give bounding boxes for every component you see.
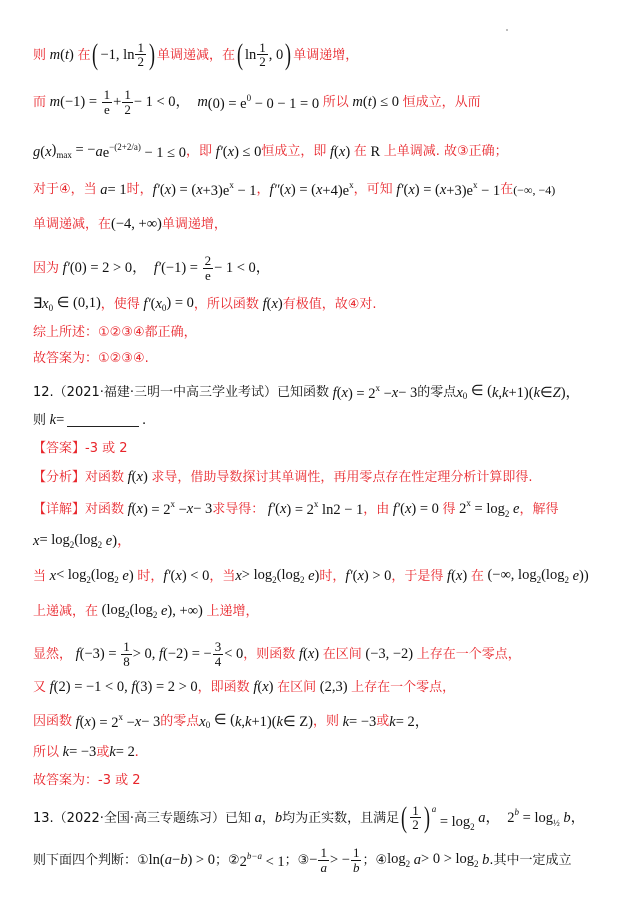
analysis-label: 【分析】对函数 bbox=[33, 471, 124, 484]
text: ；③ bbox=[285, 854, 310, 867]
text: 的零点 bbox=[160, 715, 199, 728]
answer-blank bbox=[67, 414, 139, 427]
text: ，由 bbox=[363, 503, 389, 516]
line-3: g(x)max = −ae−(2+2/a) − 1 ≤ 0 ，即 f′(x) ≤… bbox=[33, 143, 508, 161]
text: 均为正实数，且满足 bbox=[282, 812, 399, 825]
text: ，于是得 bbox=[391, 570, 443, 583]
question-12-label: 12.（2021·福建·三明一中高三学业考试）已知函数 bbox=[33, 386, 329, 399]
text: ，则函数 bbox=[243, 648, 295, 661]
text: 单调递增， bbox=[162, 218, 227, 231]
detail-8: 所以 k = −3 或 k = 2. bbox=[33, 745, 138, 760]
text: ，即 bbox=[186, 145, 212, 158]
text: R bbox=[370, 145, 380, 160]
detail-2: x = log2(log2 e)， bbox=[33, 533, 132, 550]
line-8-summary: 综上所述：①②③④都正确， bbox=[33, 326, 197, 339]
text: 或 bbox=[96, 746, 109, 759]
text: . bbox=[142, 413, 146, 428]
question-13: 13.（2022·全国·高三专题练习）已知 a ， b 均为正实数，且满足 (1… bbox=[33, 803, 585, 833]
text: 在 bbox=[500, 183, 513, 196]
text: 上单调减. 故③正确； bbox=[384, 145, 508, 158]
text: 则 bbox=[33, 414, 46, 427]
text: 则下面四个判断：① bbox=[33, 854, 149, 867]
text: 所以 bbox=[33, 746, 59, 759]
detail-label: 【详解】对函数 bbox=[33, 503, 124, 516]
text: ；④ bbox=[362, 854, 387, 867]
answer-label: 【答案】-3 或 2 bbox=[33, 442, 128, 455]
text: 所以 bbox=[323, 96, 349, 109]
text: 在 bbox=[222, 49, 235, 62]
text: 时， bbox=[319, 570, 345, 583]
text: 求导，借助导数探讨其单调性，再用零点存在性定理分析计算即得. bbox=[151, 471, 532, 484]
text: 上存在一个零点， bbox=[417, 648, 521, 661]
line-1: 则 m(t) 在 (−1, ln 12 ) 单调递减， 在 (ln 12, 0 … bbox=[33, 40, 358, 70]
text: ， bbox=[262, 812, 275, 825]
detail-3: 当 x < log2(log2 e) 时， f′(x) < 0 ，当 x > l… bbox=[33, 568, 589, 585]
text: 上递减，在 bbox=[33, 605, 98, 618]
text: 或 bbox=[376, 715, 389, 728]
text: 因为 bbox=[33, 262, 59, 275]
detail-1: 【详解】对函数 f(x) = 2x − x − 3 求导得： f′(x) = 2… bbox=[33, 499, 558, 519]
text: ，所以函数 bbox=[194, 298, 259, 311]
line-2: 而 m(−1) = 1e+ 12− 1 < 0， m(0) = e0 − 0 −… bbox=[33, 88, 481, 117]
line-5: 单调递减， 在 (−4, +∞) 单调递增， bbox=[33, 217, 227, 232]
text: 当 bbox=[33, 570, 46, 583]
line-7: ∃x0 ∈ (0,1) ，使得 f′(x0) = 0 ，所以函数 f(x) 有极… bbox=[33, 296, 377, 313]
text: 在区间 bbox=[323, 648, 362, 661]
text: 而 bbox=[33, 96, 46, 109]
text: 上存在一个零点， bbox=[351, 681, 455, 694]
text: 有极值，故④对. bbox=[283, 298, 377, 311]
detail-6: 又 f(2) = −1 < 0, f(3) = 2 > 0 ，即函数 f(x) … bbox=[33, 680, 455, 695]
text: ，使得 bbox=[101, 298, 140, 311]
text: 在 bbox=[471, 570, 484, 583]
text: ，即函数 bbox=[198, 681, 250, 694]
text: 显然， bbox=[33, 648, 72, 661]
detail-9-final-answer: 故答案为：-3 或 2 bbox=[33, 774, 141, 787]
text: 上递增， bbox=[206, 605, 258, 618]
text: 又 bbox=[33, 681, 46, 694]
text: 求导得： bbox=[212, 503, 264, 516]
text: 在 bbox=[98, 218, 111, 231]
text: ；② bbox=[215, 854, 240, 867]
text: 在 bbox=[354, 145, 367, 158]
text: 单调递增， bbox=[293, 49, 358, 62]
text: ， bbox=[257, 183, 270, 196]
text: ，解得 bbox=[519, 503, 558, 516]
text: 因函数 bbox=[33, 715, 72, 728]
detail-7: 因函数 f(x) = 2x − x − 3 的零点 x0 ∈ (k, k+1)(… bbox=[33, 713, 429, 731]
text: 恒成立，即 bbox=[261, 145, 326, 158]
text: 单调递减， bbox=[157, 49, 222, 62]
text: .其中一定成立 bbox=[489, 854, 571, 867]
line-9-final-answer: 故答案为：①②③④. bbox=[33, 352, 149, 365]
scan-artifact-dot bbox=[506, 29, 508, 31]
question-13-label: 13.（2022·全国·高三专题练习）已知 bbox=[33, 812, 251, 825]
text: 得 bbox=[443, 503, 456, 516]
text: 则 bbox=[33, 49, 46, 62]
text: 在区间 bbox=[277, 681, 316, 694]
line-6: 因为 f′(0) = 2 > 0， f′(−1) = 2e− 1 < 0， bbox=[33, 254, 270, 283]
question-13-statements: 则下面四个判断：① ln(a−b) > 0 ；② 2b−a < 1 ；③ −1a… bbox=[33, 846, 572, 875]
text: 时， bbox=[137, 570, 163, 583]
document-page: 则 m(t) 在 (−1, ln 12 ) 单调递减， 在 (ln 12, 0 … bbox=[0, 0, 642, 907]
text: 时， bbox=[127, 183, 153, 196]
detail-4: 上递减，在 (log2(log2 e), +∞) 上递增， bbox=[33, 603, 258, 620]
text: 对于④，当 bbox=[33, 183, 97, 196]
text: ，当 bbox=[209, 570, 235, 583]
text: 的零点 bbox=[417, 386, 456, 399]
text: ，可知 bbox=[354, 183, 393, 196]
line-4: 对于④，当 a = 1 时， f′(x) = (x+3)ex − 1 ， f″(… bbox=[33, 181, 555, 199]
question-12-blank: 则 k = . bbox=[33, 413, 146, 428]
text: 在 bbox=[77, 49, 90, 62]
analysis: 【分析】对函数 f(x) 求导，借助导数探讨其单调性，再用零点存在性定理分析计算… bbox=[33, 470, 533, 485]
detail-5: 显然， f(−3) = 18> 0, f(−2) = − 34< 0 ，则函数 … bbox=[33, 640, 521, 669]
text: 恒成立，从而 bbox=[403, 96, 481, 109]
question-12: 12.（2021·福建·三明一中高三学业考试）已知函数 f(x) = 2x − … bbox=[33, 384, 580, 402]
text: ，则 bbox=[313, 715, 339, 728]
